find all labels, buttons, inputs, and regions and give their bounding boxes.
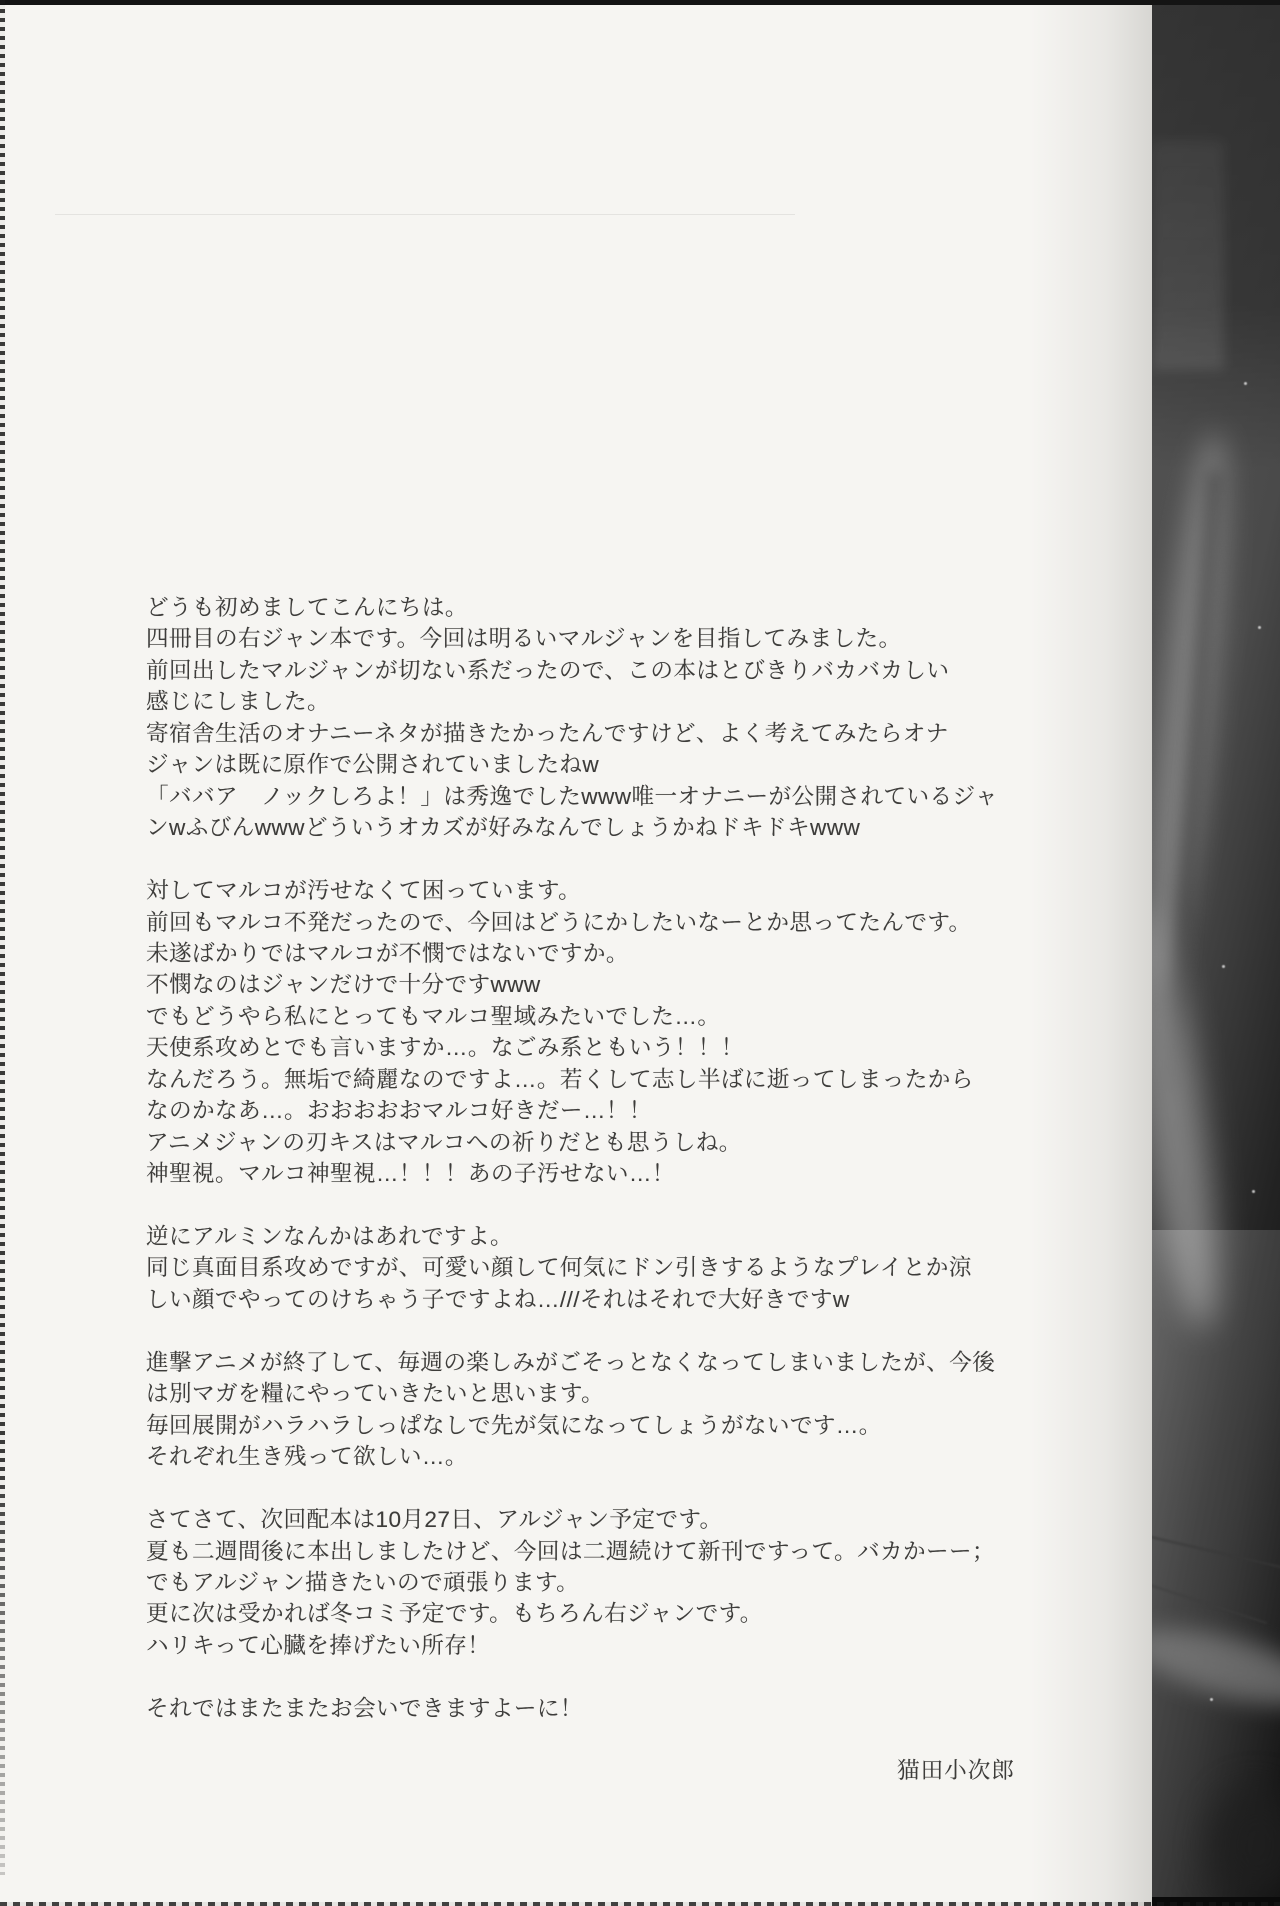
dust-speck <box>1210 1698 1213 1701</box>
text-line: しい顔でやってのけちゃう子ですよね…///それはそれで大好きですw <box>146 1284 986 1315</box>
afterword-text: どうも初めましてこんにちは。四冊目の右ジャン本です。今回は明るいマルジャンを目指… <box>146 592 986 1724</box>
author-signature: 猫田小次郎 <box>897 1753 1015 1785</box>
paragraph: さてさて、次回配本は10月27日、アルジャン予定です。夏も二週間後に本出しました… <box>146 1504 986 1661</box>
paragraph: 進撃アニメが終了して、毎週の楽しみがごそっとなくなってしまいましたが、今後は別マ… <box>146 1347 986 1473</box>
paragraph: 対してマルコが汚せなくて困っています。前回もマルコ不発だったので、今回はどうにか… <box>146 875 986 1190</box>
text-line: でもどうやら私にとってもマルコ聖域みたいでした…。 <box>146 1001 986 1032</box>
text-line: 天使系攻めとでも言いますか…。なごみ系ともいう！！！ <box>146 1032 986 1063</box>
text-line: 夏も二週間後に本出しましたけど、今回は二週続けて新刊ですって。バカかーー； <box>146 1536 986 1567</box>
dust-speck <box>1222 965 1225 968</box>
text-line: 不憫なのはジャンだけで十分ですwww <box>146 969 986 1000</box>
text-line: 更に次は受かれば冬コミ予定です。もちろん右ジャンです。 <box>146 1598 986 1629</box>
dust-speck <box>1258 626 1261 629</box>
scan-edge-left <box>0 0 5 1875</box>
text-line: でもアルジャン描きたいので頑張ります。 <box>146 1567 986 1598</box>
scan-edge-top <box>0 0 1280 5</box>
text-line: 対してマルコが汚せなくて困っています。 <box>146 875 986 906</box>
paragraph: それではまたまたお会いできますよーに！ <box>146 1693 986 1724</box>
text-line: 前回もマルコ不発だったので、今回はどうにかしたいなーとか思ってたんです。 <box>146 907 986 938</box>
paper-gutter-shade <box>1030 0 1152 1906</box>
paragraph: どうも初めましてこんにちは。四冊目の右ジャン本です。今回は明るいマルジャンを目指… <box>146 592 986 844</box>
text-line: なんだろう。無垢で綺麗なのですよ…。若くして志し半ばに逝ってしまったから <box>146 1064 986 1095</box>
text-line: 「ババア ノックしろよ！」は秀逸でしたwww唯一オナニーが公開されているジャ <box>146 781 986 812</box>
dust-speck <box>1244 382 1247 385</box>
text-line: 感じにしました。 <box>146 686 986 717</box>
text-line: 寄宿舎生活のオナニーネタが描きたかったんですけど、よく考えてみたらオナ <box>146 718 986 749</box>
dust-speck <box>1252 1190 1255 1193</box>
text-line: それではまたまたお会いできますよーに！ <box>146 1693 986 1724</box>
text-line: さてさて、次回配本は10月27日、アルジャン予定です。 <box>146 1504 986 1535</box>
text-line: どうも初めましてこんにちは。 <box>146 592 986 623</box>
text-line: 四冊目の右ジャン本です。今回は明るいマルジャンを目指してみました。 <box>146 623 986 654</box>
text-line: 逆にアルミンなんかはあれですよ。 <box>146 1221 986 1252</box>
text-line: それぞれ生き残って欲しい…。 <box>146 1441 986 1472</box>
scanner-artifact-line <box>55 214 795 215</box>
text-line: 未遂ばかりではマルコが不憫ではないですか。 <box>146 938 986 969</box>
text-line: 毎回展開がハラハラしっぱなしで先が気になってしょうがないです…。 <box>146 1410 986 1441</box>
text-line: 同じ真面目系攻めですが、可愛い顔して何気にドン引きするようなプレイとか涼 <box>146 1252 986 1283</box>
text-line: 進撃アニメが終了して、毎週の楽しみがごそっとなくなってしまいましたが、今後 <box>146 1347 986 1378</box>
text-line: ンwふびんwwwどういうオカズが好みなんでしょうかねドキドキwww <box>146 812 986 843</box>
scan-edge-bottom <box>0 1902 1280 1906</box>
strip-top-wedge <box>1152 140 1224 370</box>
text-line: ジャンは既に原作で公開されていましたねw <box>146 749 986 780</box>
paragraph: 逆にアルミンなんかはあれですよ。同じ真面目系攻めですが、可愛い顔して何気にドン引… <box>146 1221 986 1315</box>
text-line: アニメジャンの刃キスはマルコへの祈りだとも思うしね。 <box>146 1127 986 1158</box>
text-line: は別マガを糧にやっていきたいと思います。 <box>146 1378 986 1409</box>
text-line: 前回出したマルジャンが切ない系だったので、この本はとびきりバカバカしい <box>146 655 986 686</box>
text-line: ハリキって心臓を捧げたい所存！ <box>146 1630 986 1661</box>
scanned-page: どうも初めましてこんにちは。四冊目の右ジャン本です。今回は明るいマルジャンを目指… <box>0 0 1280 1906</box>
text-line: 神聖視。マルコ神聖視…！！！あの子汚せない…！ <box>146 1158 986 1189</box>
scan-photo-strip <box>1152 0 1280 1906</box>
text-line: なのかなあ…。おおおおおマルコ好きだー…！！ <box>146 1095 986 1126</box>
